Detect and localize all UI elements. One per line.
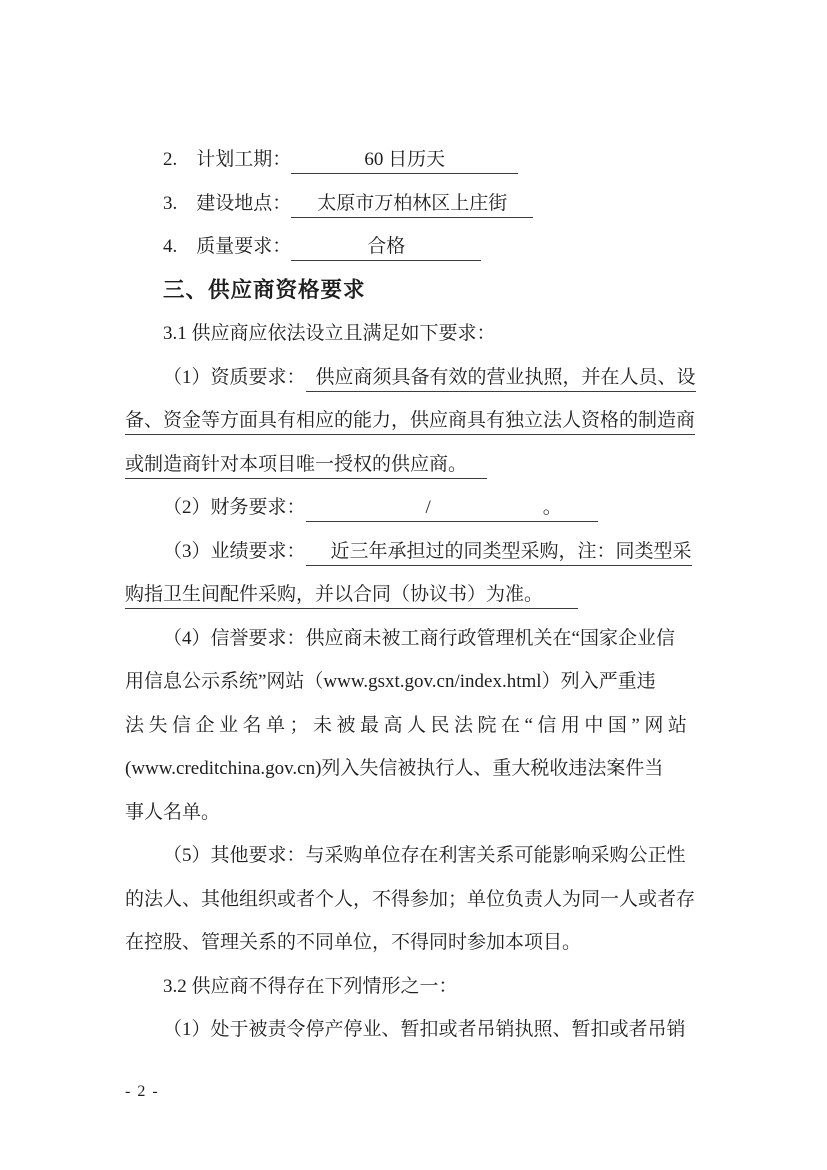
- req-financial-label: （2）财务要求：: [163, 497, 306, 518]
- req-qualification-line-3: 或制造商针对本项目唯一授权的供应商。: [125, 443, 709, 487]
- item-plan-duration: 2. 计划工期：60 日历天: [125, 138, 709, 182]
- req-qualification-text-1: 供应商须具备有效的营业执照，并在人员、设: [306, 367, 696, 392]
- item-construction-site: 3. 建设地点：太原市万柏林区上庄街: [125, 182, 709, 226]
- document-content: 2. 计划工期：60 日历天 3. 建设地点：太原市万柏林区上庄街 4. 质量要…: [125, 138, 709, 1052]
- document-page: 2. 计划工期：60 日历天 3. 建设地点：太原市万柏林区上庄街 4. 质量要…: [0, 0, 827, 1170]
- financial-blank-period: 。: [543, 494, 562, 521]
- req-credit-label: （4）信誉要求：: [163, 628, 306, 649]
- req-qualification-text-3: 或制造商针对本项目唯一授权的供应商。: [125, 454, 487, 479]
- req-qualification-line-1: （1）资质要求：供应商须具备有效的营业执照，并在人员、设: [125, 356, 709, 400]
- req-performance-text-1: 近三年承担过的同类型采购，注：同类型采: [306, 541, 692, 566]
- clause-3-2: 3.2 供应商不得存在下列情形之一：: [125, 965, 709, 1009]
- req-qualification-line-2: 备、资金等方面具有相应的能力，供应商具有独立法人资格的制造商: [125, 399, 709, 443]
- section-heading-supplier-qualifications: 三、供应商资格要求: [125, 269, 709, 313]
- item-quality-requirement-label: 4. 质量要求：: [163, 236, 291, 257]
- req-financial-line: （2）财务要求：/。: [125, 486, 709, 530]
- req-other-text-1: 与采购单位存在利害关系可能影响采购公正性: [306, 845, 686, 866]
- req-performance-line-1: （3）业绩要求：近三年承担过的同类型采购，注：同类型采: [125, 530, 709, 574]
- req-credit-line-5: 事人名单。: [125, 791, 709, 835]
- req-credit-text-1: 供应商未被工商行政管理机关在“国家企业信: [306, 628, 675, 649]
- req-qualification-label: （1）资质要求：: [163, 367, 306, 388]
- req-credit-line-1: （4）信誉要求：供应商未被工商行政管理机关在“国家企业信: [125, 617, 709, 661]
- financial-blank: /。: [306, 494, 598, 522]
- item-plan-duration-label: 2. 计划工期：: [163, 149, 291, 170]
- item-construction-site-label: 3. 建设地点：: [163, 193, 291, 214]
- req-other-line-1: （5）其他要求：与采购单位存在利害关系可能影响采购公正性: [125, 834, 709, 878]
- req-other-label: （5）其他要求：: [163, 845, 306, 866]
- req-performance-text-2: 购指卫生间配件采购，并以合同（协议书）为准。: [125, 584, 578, 609]
- req-performance-line-2: 购指卫生间配件采购，并以合同（协议书）为准。: [125, 573, 709, 617]
- plan-duration-blank: 60 日历天: [291, 146, 518, 174]
- req-other-line-2: 的法人、其他组织或者个人，不得参加；单位负责人为同一人或者存: [125, 878, 709, 922]
- req-qualification-text-2: 备、资金等方面具有相应的能力，供应商具有独立法人资格的制造商: [125, 410, 695, 435]
- req-credit-line-2: 用信息公示系统”网站（www.gsxt.gov.cn/index.html）列入…: [125, 660, 709, 704]
- req-other-line-3: 在控股、管理关系的不同单位，不得同时参加本项目。: [125, 921, 709, 965]
- page-number: - 2 -: [125, 1082, 159, 1102]
- clause-3-2-item-1: （1）处于被责令停产停业、暂扣或者吊销执照、暂扣或者吊销: [125, 1008, 709, 1052]
- financial-blank-slash: /: [426, 494, 431, 521]
- req-credit-line-3: 法失信企业名单；未被最高人民法院在“信用中国”网站: [125, 704, 709, 748]
- clause-3-1: 3.1 供应商应依法设立且满足如下要求：: [125, 312, 709, 356]
- construction-site-blank: 太原市万柏林区上庄街: [291, 190, 533, 218]
- item-quality-requirement: 4. 质量要求：合格: [125, 225, 709, 269]
- req-performance-label: （3）业绩要求：: [163, 541, 306, 562]
- quality-requirement-blank: 合格: [291, 233, 481, 261]
- req-credit-line-4: (www.creditchina.gov.cn)列入失信被执行人、重大税收违法案…: [125, 747, 709, 791]
